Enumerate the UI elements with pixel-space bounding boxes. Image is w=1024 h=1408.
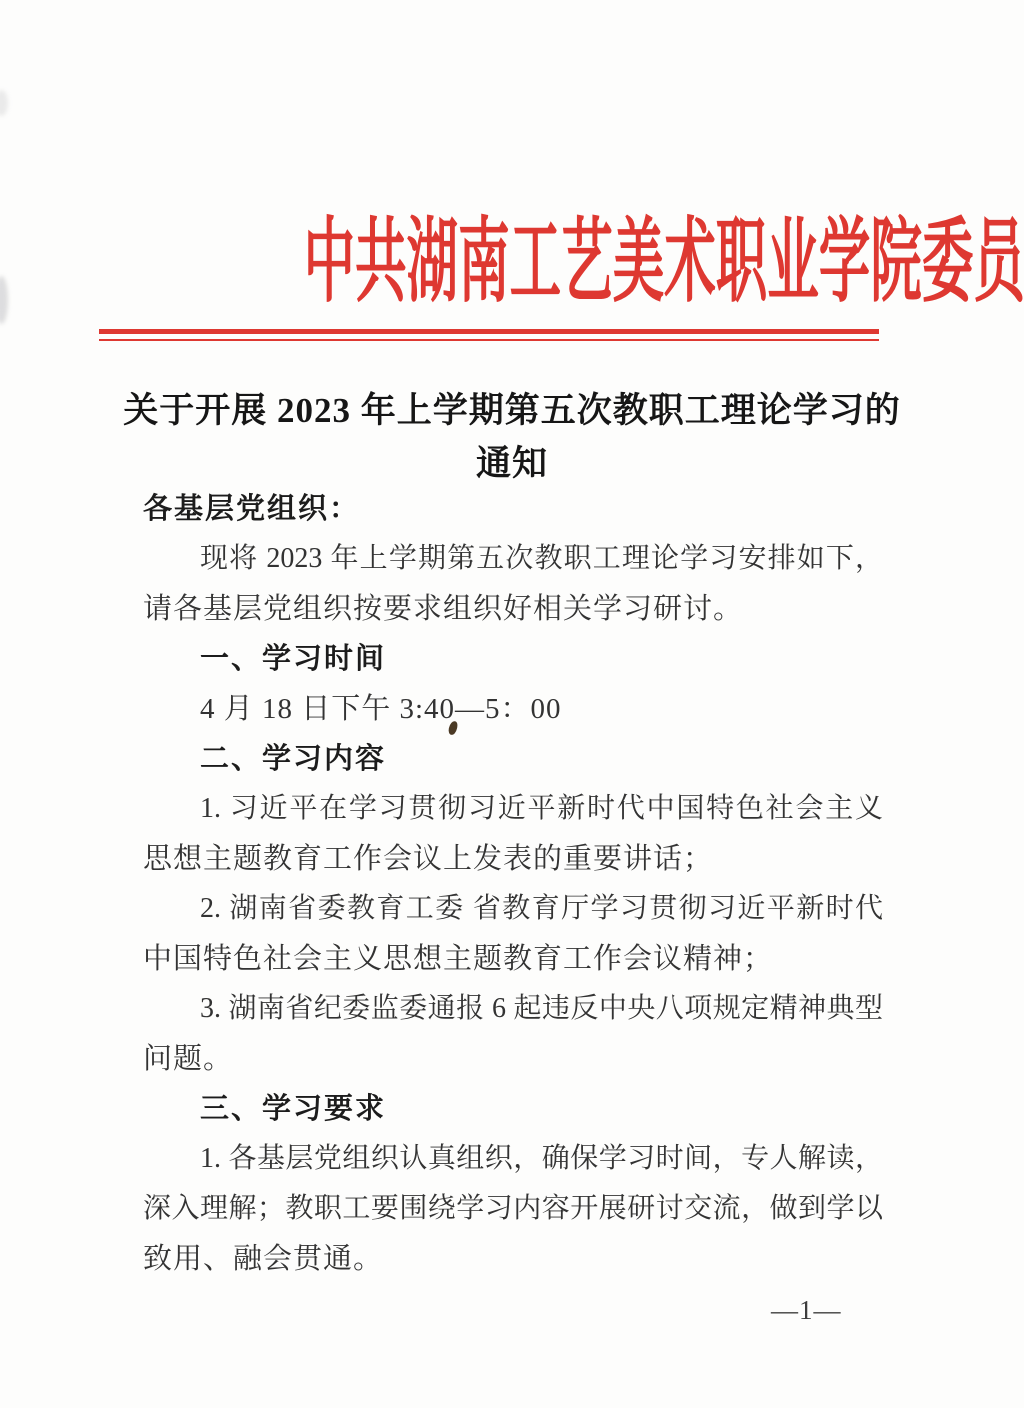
body-line: 深入理解；教职工要围绕学习内容开展研讨交流，做到学以 — [143, 1184, 883, 1234]
body-line: 1. 习近平在学习贯彻习近平新时代中国特色社会主义 — [143, 784, 883, 834]
scan-smudge-artifact-2 — [0, 90, 8, 116]
body-line: 现将 2023 年上学期第五次教职工理论学习安排如下， — [143, 534, 883, 584]
body-line: 请各基层党组织按要求组织好相关学习研讨。 — [143, 584, 883, 634]
body-line: 中国特色社会主义思想主题教育工作会议精神； — [143, 934, 883, 984]
document-title: 关于开展 2023 年上学期第五次教职工理论学习的 通知 — [0, 384, 1024, 490]
body-line: 致用、融会贯通。 — [143, 1234, 883, 1284]
body-line: 1. 各基层党组织认真组织，确保学习时间，专人解读， — [143, 1134, 883, 1184]
document-body: 各基层党组织：现将 2023 年上学期第五次教职工理论学习安排如下，请各基层党组… — [143, 484, 883, 1284]
section-heading: 一、学习时间 — [143, 634, 883, 684]
document-title-line2: 通知 — [0, 437, 1024, 490]
document-letterhead: 中共湖南工艺美术职业学院委员会 — [0, 216, 1024, 310]
body-line: 2. 湖南省委教育工委 省教育厅学习贯彻习近平新时代 — [143, 884, 883, 934]
body-line: 思想主题教育工作会议上发表的重要讲话； — [143, 834, 883, 884]
letterhead-divider-thick — [99, 329, 879, 334]
scanned-notice-page: 中共湖南工艺美术职业学院委员会 关于开展 2023 年上学期第五次教职工理论学习… — [0, 0, 1024, 1408]
issuing-org-title: 中共湖南工艺美术职业学院委员会 — [304, 216, 1024, 310]
letterhead-divider-thin — [99, 339, 879, 341]
body-line: 4 月 18 日下午 3:40—5：00 — [143, 684, 883, 734]
page-number: —1— — [771, 1295, 842, 1326]
section-heading: 三、学习要求 — [143, 1084, 883, 1134]
body-line: 3. 湖南省纪委监委通报 6 起违反中央八项规定精神典型 — [143, 984, 883, 1034]
document-title-line1: 关于开展 2023 年上学期第五次教职工理论学习的 — [0, 384, 1024, 437]
section-heading: 二、学习内容 — [143, 734, 883, 784]
section-heading: 各基层党组织： — [143, 484, 883, 534]
body-line: 问题。 — [143, 1034, 883, 1084]
